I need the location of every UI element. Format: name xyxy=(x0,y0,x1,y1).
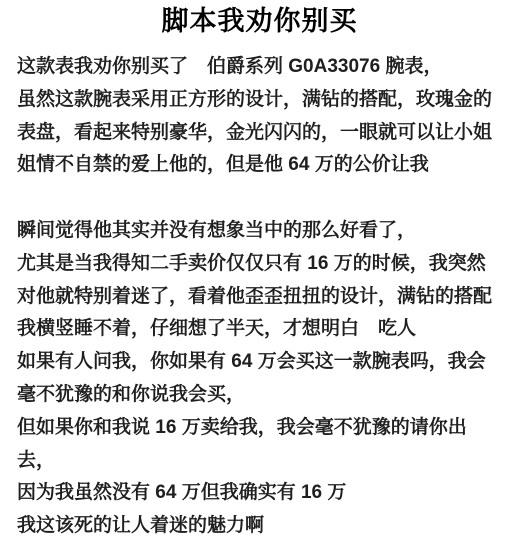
text-line: 尤其是当我得知二手卖价仅仅只有 16 万的时候，我突然 xyxy=(17,248,502,281)
text-line: 对他就特别着迷了，看着他歪歪扭扭的设计，满钻的搭配 xyxy=(17,281,502,314)
document-title: 脚本我劝你别买 xyxy=(0,0,519,41)
text-line: 但如果你和我说 16 万卖给我，我会毫不犹豫的请你出去， xyxy=(17,412,502,478)
text-line: 虽然这款腕表采用正方形的设计，满钻的搭配，玫瑰金的 xyxy=(17,84,502,117)
text-line: 因为我虽然没有 64 万但我确实有 16 万 xyxy=(17,477,502,510)
document-page: 脚本我劝你别买 这款表我劝你别买了 伯爵系列 G0A33076 腕表， 虽然这款… xyxy=(0,0,519,553)
text-line: 这款表我劝你别买了 伯爵系列 G0A33076 腕表， xyxy=(17,51,502,84)
text-line: 姐情不自禁的爱上他的，但是他 64 万的公价让我 xyxy=(17,149,502,182)
text-line: 瞬间觉得他其实并没有想象当中的那么好看了， xyxy=(17,215,502,248)
paragraph-1: 这款表我劝你别买了 伯爵系列 G0A33076 腕表， 虽然这款腕表采用正方形的… xyxy=(17,51,502,182)
text-line: 毫不犹豫的和你说我会买， xyxy=(17,379,502,412)
paragraph-2: 瞬间觉得他其实并没有想象当中的那么好看了， 尤其是当我得知二手卖价仅仅只有 16… xyxy=(17,215,502,543)
document-body: 这款表我劝你别买了 伯爵系列 G0A33076 腕表， 虽然这款腕表采用正方形的… xyxy=(0,51,519,543)
text-line: 如果有人问我，你如果有 64 万会买这一款腕表吗，我会 xyxy=(17,346,502,379)
text-line: 我这该死的让人着迷的魅力啊 xyxy=(17,510,502,543)
text-line: 我横竖睡不着，仔细想了半天，才想明白 吃人 xyxy=(17,313,502,346)
text-line: 表盘，看起来特别豪华，金光闪闪的，一眼就可以让小姐 xyxy=(17,117,502,150)
